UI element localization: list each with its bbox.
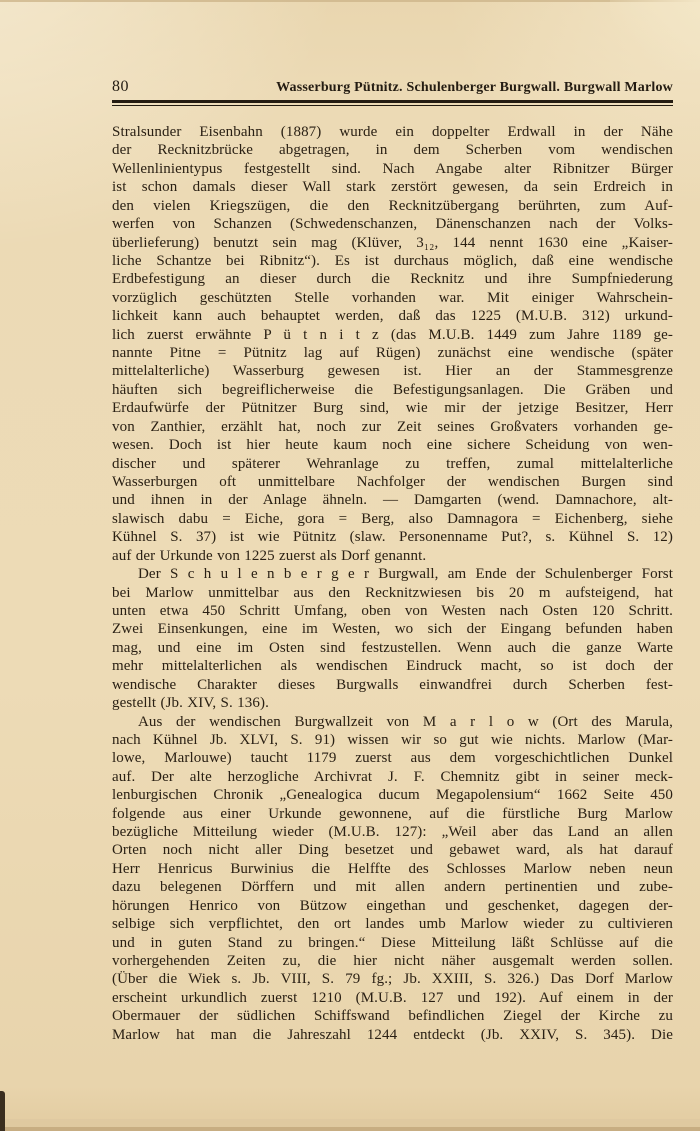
text-line: und ihnen in der Anlage ähneln. — Damgar…: [112, 491, 673, 509]
text-line: unten etwa 450 Schritt Umfang, oben von …: [112, 602, 673, 620]
text-line: Stralsunder Eisenbahn (1887) wurde ein d…: [112, 123, 673, 141]
text-line: nannte Pitne = Pütnitz lag auf Rügen) zu…: [112, 344, 673, 362]
text-line: dazu belegenen Dörffern und mit allen an…: [112, 878, 673, 896]
text-line: der Recknitzbrücke abgetragen, in dem Sc…: [112, 141, 673, 159]
text-line: erscheint urkundlich zuerst 1210 (M.U.B.…: [112, 989, 673, 1007]
text-line: lowe, Marlouwe) taucht 1179 zuerst aus d…: [112, 749, 673, 767]
text-line: Kühnel S. 37) ist wie Pütnitz (slaw. Per…: [112, 528, 673, 546]
text-line: lichkeit kann auch behauptet werden, daß…: [112, 307, 673, 325]
text-line: auf der Urkunde von 1225 zuerst als Dorf…: [112, 547, 673, 565]
text-line: discher und späterer Wehranlage zu treff…: [112, 455, 673, 473]
text-line: selbige sich verpflichtet, den ort lande…: [112, 915, 673, 933]
scan-edge-left-dark: [0, 1091, 5, 1131]
header-rule: [112, 100, 673, 106]
text-line: bei Marlow unmittelbar aus den Recknitzw…: [112, 584, 673, 602]
text-line: Wellenlinientypus festgestellt sind. Nac…: [112, 160, 673, 178]
text-line: auf. Der alte herzogliche Archivrat J. F…: [112, 768, 673, 786]
text-line: Obermauer der südlichen Schiffswand befi…: [112, 1007, 673, 1025]
text-line: mehr mittelalterlichen als wendischen Ei…: [112, 657, 673, 675]
book-page: 80 Wasserburg Pütnitz. Schulenberger Bur…: [0, 0, 700, 1131]
text-line: Wasserburgen oft unmittelbare Nachfolger…: [112, 473, 673, 491]
page-header: 80 Wasserburg Pütnitz. Schulenberger Bur…: [112, 78, 673, 96]
text-line: Herr Henricus Burwinius die Helffte des …: [112, 860, 673, 878]
text-line: slawisch dabu = Eiche, gora = Berg, also…: [112, 510, 673, 528]
scan-edge-bottom: [0, 1127, 700, 1131]
text-line: folgende aus einer Urkunde gewonnene, au…: [112, 805, 673, 823]
text-line: mittelalterliche) Wasserburg gewesen ist…: [112, 362, 673, 380]
text-line: wendische Charakter dieses Burgwalls ein…: [112, 676, 673, 694]
text-line: Zwei Einsenkungen, eine im Westen, wo si…: [112, 620, 673, 638]
text-line: liche Schantze bei Ribnitz“). Es ist dur…: [112, 252, 673, 270]
scan-edge-top: [0, 0, 700, 2]
text-line: lenburgischen Chronik „Genealogica ducum…: [112, 786, 673, 804]
text-line: Marlow hat man die Jahreszahl 1244 entde…: [112, 1026, 673, 1044]
text-line: von Zanthier, erzählt hat, noch zur Zeit…: [112, 418, 673, 436]
text-line: häuften sich begreiflicherweise die Befe…: [112, 381, 673, 399]
text-line: ist schon damals dieser Wall stark zerst…: [112, 178, 673, 196]
text-line: den vielen Kriegszügen, die den Recknitz…: [112, 197, 673, 215]
text-column: 80 Wasserburg Pütnitz. Schulenberger Bur…: [112, 78, 673, 1044]
text-line: Erdaufwürfe der Pütnitzer Burg sind, wie…: [112, 399, 673, 417]
text-line: Erdbefestigung an dieser durch die Reckn…: [112, 270, 673, 288]
text-line: nach Kühnel Jb. XLVI, S. 91) wissen wir …: [112, 731, 673, 749]
text-line: Der S c h u l e n b e r g e r Burgwall, …: [112, 565, 673, 583]
text-line: vorhergehenden Zeiten zu, die hier nicht…: [112, 952, 673, 970]
text-line: überlieferung) benutzt sein mag (Klüver,…: [112, 234, 673, 252]
text-line: werfen von Schanzen (Schwedenschanzen, D…: [112, 215, 673, 233]
text-line: bezügliche Mitteilung wieder (M.U.B. 127…: [112, 823, 673, 841]
body-text: Stralsunder Eisenbahn (1887) wurde ein d…: [112, 123, 673, 1044]
text-line: Aus der wendischen Burgwallzeit von M a …: [112, 713, 673, 731]
page-number: 80: [112, 78, 129, 96]
text-line: lich zuerst erwähnte P ü t n i t z (das …: [112, 326, 673, 344]
page-corner-sheen: [610, 0, 700, 70]
text-line: (Über die Wiek s. Jb. VIII, S. 79 fg.; J…: [112, 970, 673, 988]
text-line: vorzüglich geschützten Stelle vorhanden …: [112, 289, 673, 307]
scan-edge-bottom-band: [0, 1119, 700, 1127]
running-header: Wasserburg Pütnitz. Schulenberger Burgwa…: [276, 80, 673, 96]
text-line: gestellt (Jb. XIV, S. 136).: [112, 694, 673, 712]
text-line: wesen. Doch ist hier heute kaum noch ein…: [112, 436, 673, 454]
text-line: mag, und eine im Osten sind festzustelle…: [112, 639, 673, 657]
text-line: hörungen Henrico von Bützow eingethan un…: [112, 897, 673, 915]
text-line: Orten noch nicht aller Ding besetzet und…: [112, 841, 673, 859]
text-line: und in guten Stand zu bringen.“ Diese Mi…: [112, 934, 673, 952]
